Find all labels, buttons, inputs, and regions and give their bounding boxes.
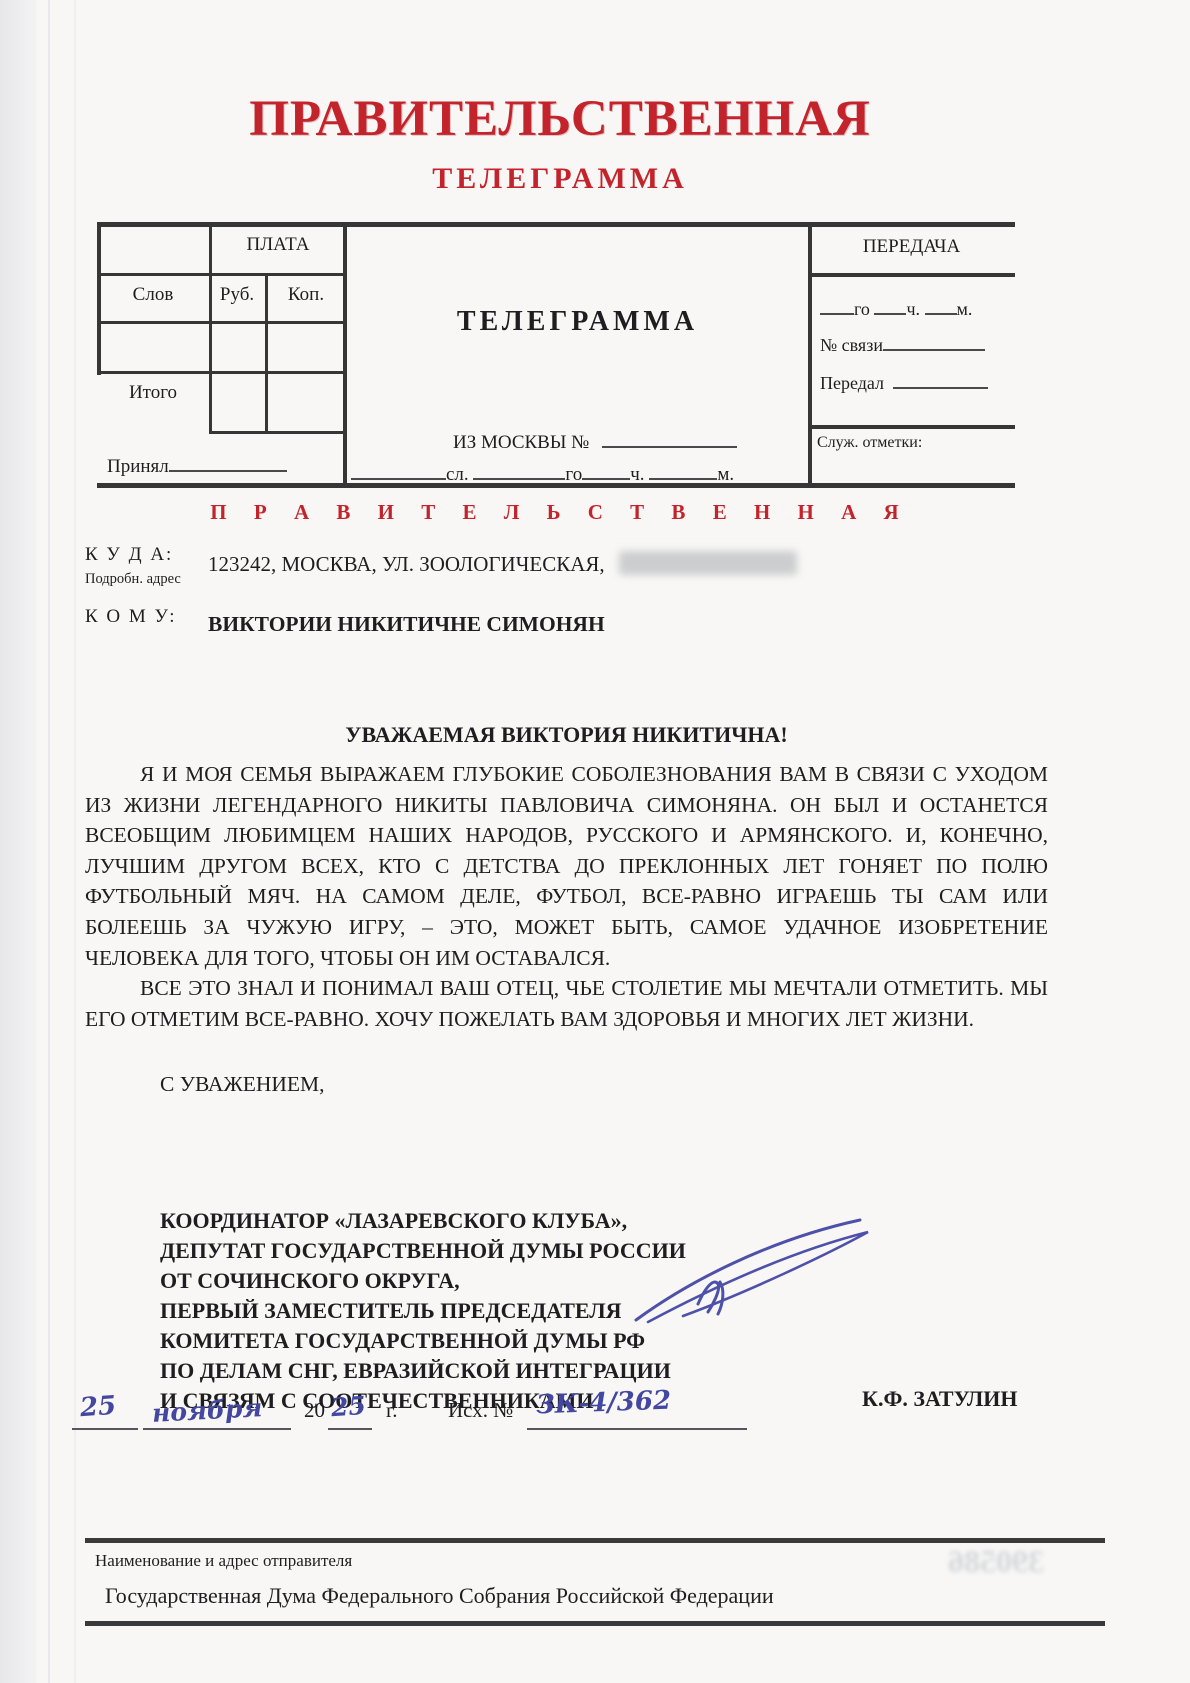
date-day-handwritten: 25 [79, 1391, 117, 1423]
transmission-go: го [854, 299, 870, 319]
body-paragraph: Я И МОЯ СЕМЬЯ ВЫРАЖАЕМ ГЛУБОКИЕ СОБОЛЕЗН… [85, 759, 1048, 973]
service-blank [351, 458, 446, 480]
from-moscow-blank [602, 426, 737, 448]
year-prefix: 20 [304, 1398, 325, 1423]
form-center-title: ТЕЛЕГРАММА [347, 306, 808, 338]
address-line: 123242, МОСКВА, УЛ. ЗООЛОГИЧЕСКАЯ, [208, 551, 797, 577]
transmission-header-line [808, 273, 1015, 277]
transmission-blank [820, 294, 854, 315]
transmitted-blank [893, 368, 988, 389]
transmission-time-line: го ч. м. [820, 294, 972, 320]
document-subtitle: ТЕЛЕГРАММА [0, 162, 1120, 196]
form-border-top [97, 222, 1015, 227]
kuda-label: К У Д А: [85, 544, 173, 566]
year-unit: г. [386, 1398, 398, 1423]
transmission-marks-line [808, 425, 1015, 429]
scan-fold-line [74, 0, 76, 1683]
redacted-address-fragment [619, 551, 797, 575]
document-title: ПРАВИТЕЛЬСТВЕННАЯ [0, 90, 1120, 148]
sender-caption: Наименование и адрес отправителя [95, 1551, 352, 1571]
service-marks-label: Служ. отметки: [817, 434, 922, 452]
payment-col-kop: Коп. [265, 284, 347, 306]
signature-title-line: ПЕРВЫЙ ЗАМЕСТИТЕЛЬ ПРЕДСЕДАТЕЛЯ [160, 1296, 686, 1326]
form-divider-right [808, 222, 812, 488]
date-month-handwritten: ноября [151, 1393, 263, 1428]
date-day-underline [72, 1428, 138, 1430]
date-month-underline [143, 1428, 291, 1430]
signature-title-line: КОМИТЕТА ГОСУДАРСТВЕННОЙ ДУМЫ РФ [160, 1326, 686, 1356]
transmission-ch: ч. [906, 299, 920, 319]
service-blank [582, 458, 630, 480]
signature-title-line: ПО ДЕЛАМ СНГ, ЕВРАЗИЙСКОЙ ИНТЕГРАЦИИ [160, 1356, 686, 1386]
signer-name: К.Ф. ЗАТУЛИН [862, 1386, 1017, 1412]
transmission-blank [925, 294, 957, 315]
kuda-sublabel: Подробн. адрес [85, 571, 181, 588]
sender-name: Государственная Дума Федерального Собран… [105, 1583, 774, 1609]
service-ch-label: ч. [630, 464, 644, 485]
service-time-line: сл. гоч. м. [351, 458, 734, 486]
salutation: УВАЖАЕМАЯ ВИКТОРИЯ НИКИТИЧНА! [85, 722, 1048, 748]
telegram-document: ПРАВИТЕЛЬСТВЕННАЯ ТЕЛЕГРАММА ПЛАТА Слов … [0, 0, 1190, 1683]
year-suffix-handwritten: 25 [330, 1391, 367, 1422]
payment-total-label: Итого [97, 382, 209, 404]
recipient-name: ВИКТОРИИ НИКИТИЧНЕ СИМОНЯН [208, 612, 605, 637]
telegram-form: ПЛАТА Слов Руб. Коп. Итого Принял ТЕЛЕГР… [97, 222, 1015, 488]
received-by-label: Принял [107, 456, 169, 477]
transmission-header: ПЕРЕДАЧА [808, 236, 1015, 258]
signature-title-line: ОТ СОЧИНСКОГО ОКРУГА, [160, 1266, 686, 1296]
service-blank [649, 458, 717, 480]
payment-row-line [97, 321, 347, 324]
service-sl-label: сл. [446, 464, 469, 485]
transmission-m: м. [957, 299, 973, 319]
ref-label: Исх. № [448, 1398, 513, 1423]
from-moscow-line: ИЗ МОСКВЫ № [453, 426, 737, 454]
transmitted-line: Передал [820, 368, 988, 394]
received-by-line: Принял [107, 450, 287, 478]
payment-header: ПЛАТА [209, 234, 347, 256]
handwritten-signature [628, 1212, 878, 1327]
from-moscow-label: ИЗ МОСКВЫ № [453, 432, 589, 453]
payment-row-line [97, 273, 347, 276]
service-go-label: го [565, 464, 582, 485]
message-body: Я И МОЯ СЕМЬЯ ВЫРАЖАЕМ ГЛУБОКИЕ СОБОЛЕЗН… [85, 759, 1048, 1034]
link-number-blank [883, 330, 985, 351]
classification-line: П Р А В И Т Е Л Ь С Т В Е Н Н А Я [0, 500, 1120, 525]
scan-fold-line [48, 0, 50, 1683]
payment-box-bottom [209, 431, 347, 434]
bleed-through-number: 390586 [948, 1543, 1044, 1580]
link-number-label: № связи [820, 335, 883, 355]
scan-edge-shadow [0, 0, 36, 1683]
address-value: 123242, МОСКВА, УЛ. ЗООЛОГИЧЕСКАЯ, [208, 552, 605, 576]
payment-col-rub: Руб. [209, 284, 265, 306]
transmitted-label: Передал [820, 373, 884, 393]
service-blank [473, 458, 565, 480]
ref-underline [527, 1428, 747, 1430]
service-m-label: м. [717, 464, 734, 485]
ref-value-handwritten: ЗК-4/362 [536, 1386, 672, 1421]
closing-line: С УВАЖЕНИЕМ, [160, 1072, 325, 1097]
year-underline [328, 1428, 372, 1430]
payment-row-line [97, 371, 347, 374]
link-number-line: № связи [820, 330, 985, 356]
received-by-blank [169, 450, 287, 472]
transmission-blank [874, 294, 906, 315]
form-divider-left [343, 222, 347, 488]
body-paragraph: ВСЕ ЭТО ЗНАЛ И ПОНИМАЛ ВАШ ОТЕЦ, ЧЬЕ СТО… [85, 973, 1048, 1034]
signature-title-block: КООРДИНАТОР «ЛАЗАРЕВСКОГО КЛУБА», ДЕПУТА… [160, 1206, 686, 1416]
payment-col-words: Слов [97, 284, 209, 306]
signature-title-line: КООРДИНАТОР «ЛАЗАРЕВСКОГО КЛУБА», [160, 1206, 686, 1236]
komu-label: К О М У: [85, 606, 177, 628]
signature-title-line: ДЕПУТАТ ГОСУДАРСТВЕННОЙ ДУМЫ РОССИИ [160, 1236, 686, 1266]
footer-rule-bottom [85, 1621, 1105, 1626]
